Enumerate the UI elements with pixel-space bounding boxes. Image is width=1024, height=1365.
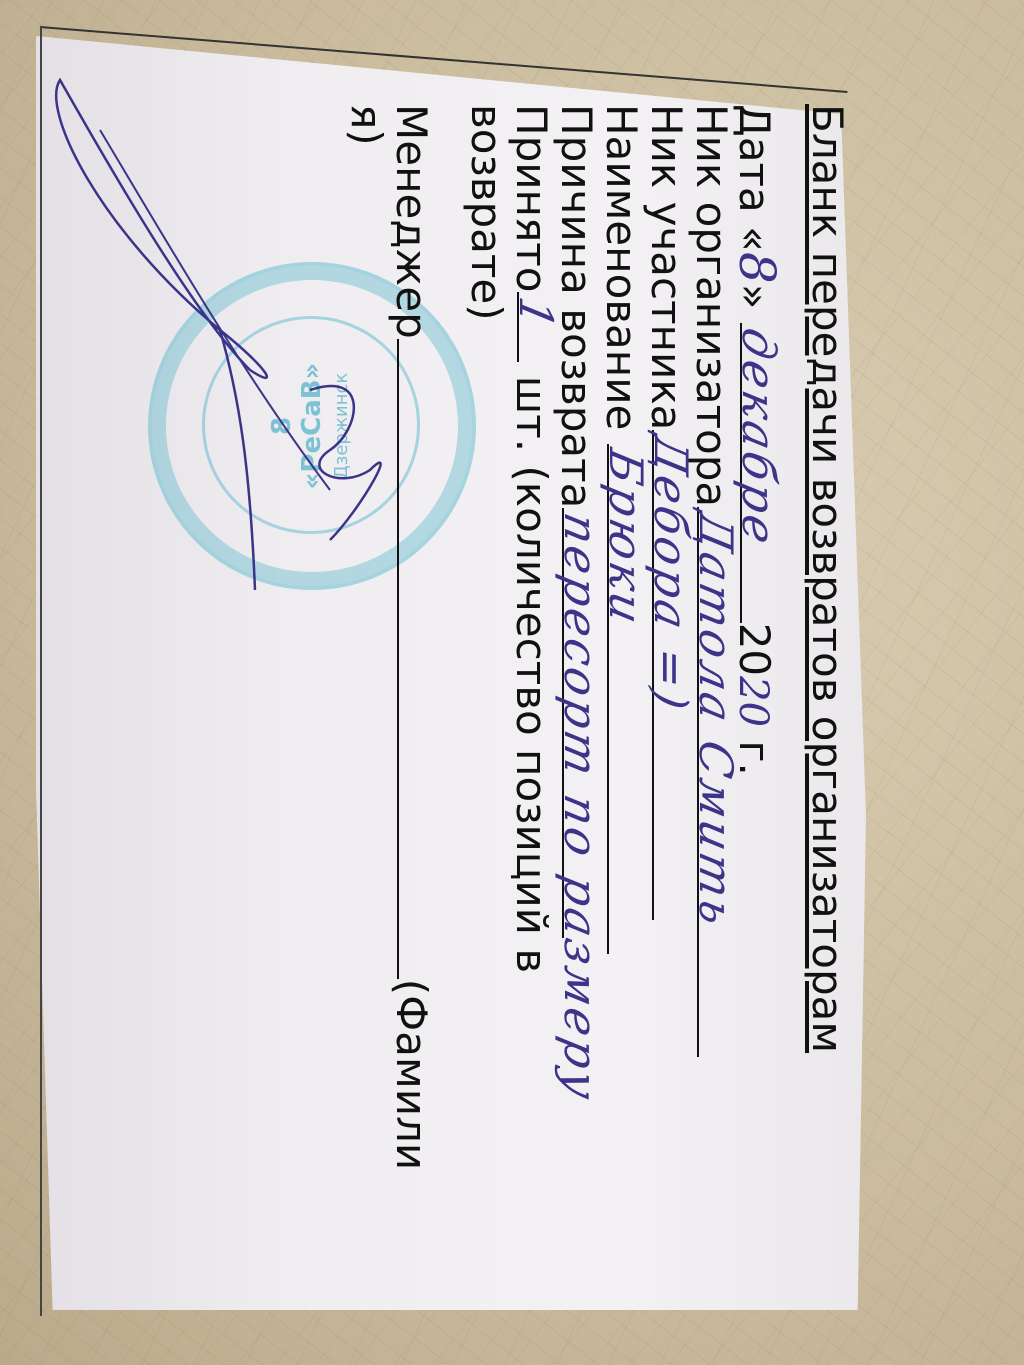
participant-label: Ник участника xyxy=(642,104,691,430)
item-field[interactable]: Брюки xyxy=(607,444,643,954)
participant-row: Ник участникаДебора =) xyxy=(644,104,689,1244)
accepted-suffix-line2: возврате) xyxy=(464,104,509,1244)
date-close-quote: » xyxy=(730,284,779,310)
paper-left-edge xyxy=(40,26,42,1316)
reason-field[interactable]: пересорт по размеру xyxy=(562,508,598,938)
stamp-number: 8 xyxy=(267,363,297,490)
organizer-field[interactable]: Датола Смить xyxy=(697,507,733,1057)
accepted-qty-field[interactable]: 1 xyxy=(517,292,553,362)
date-day[interactable]: 8 xyxy=(728,252,786,284)
reason-value: пересорт по размеру xyxy=(558,510,603,1107)
organizer-value: Датола Смить xyxy=(693,508,738,933)
accepted-qty-value: 1 xyxy=(513,294,558,336)
reason-row: Причина возвратапересорт по размеру xyxy=(554,104,599,1244)
date-month-value: декабре xyxy=(736,324,781,551)
item-label: Наименование xyxy=(597,104,646,430)
accepted-row: Принято1 шт. (количество позиций в xyxy=(509,104,554,1244)
form-title: Бланк передачи возвратов организаторам xyxy=(805,104,850,1244)
return-form: Бланк передачи возвратов организаторам Д… xyxy=(344,104,850,1244)
date-label: Дата « xyxy=(730,104,779,252)
accepted-label: Принято xyxy=(507,104,556,292)
date-month-field[interactable]: декабре xyxy=(740,323,776,623)
stamp-company-name: «РеСаВ» xyxy=(297,363,327,490)
manager-suffix-line2: я) xyxy=(344,104,389,1244)
manager-suffix: (Фамили xyxy=(387,979,436,1170)
manager-row: Менеджер(Фамили xyxy=(389,104,434,1244)
manager-signature-field[interactable] xyxy=(397,339,433,979)
manager-label: Менеджер xyxy=(387,104,436,339)
accepted-suffix: шт. (количество позиций в xyxy=(507,376,556,973)
item-value: Брюки xyxy=(603,445,648,630)
participant-value: Дебора =) xyxy=(648,432,693,717)
participant-field[interactable]: Дебора =) xyxy=(652,430,688,920)
